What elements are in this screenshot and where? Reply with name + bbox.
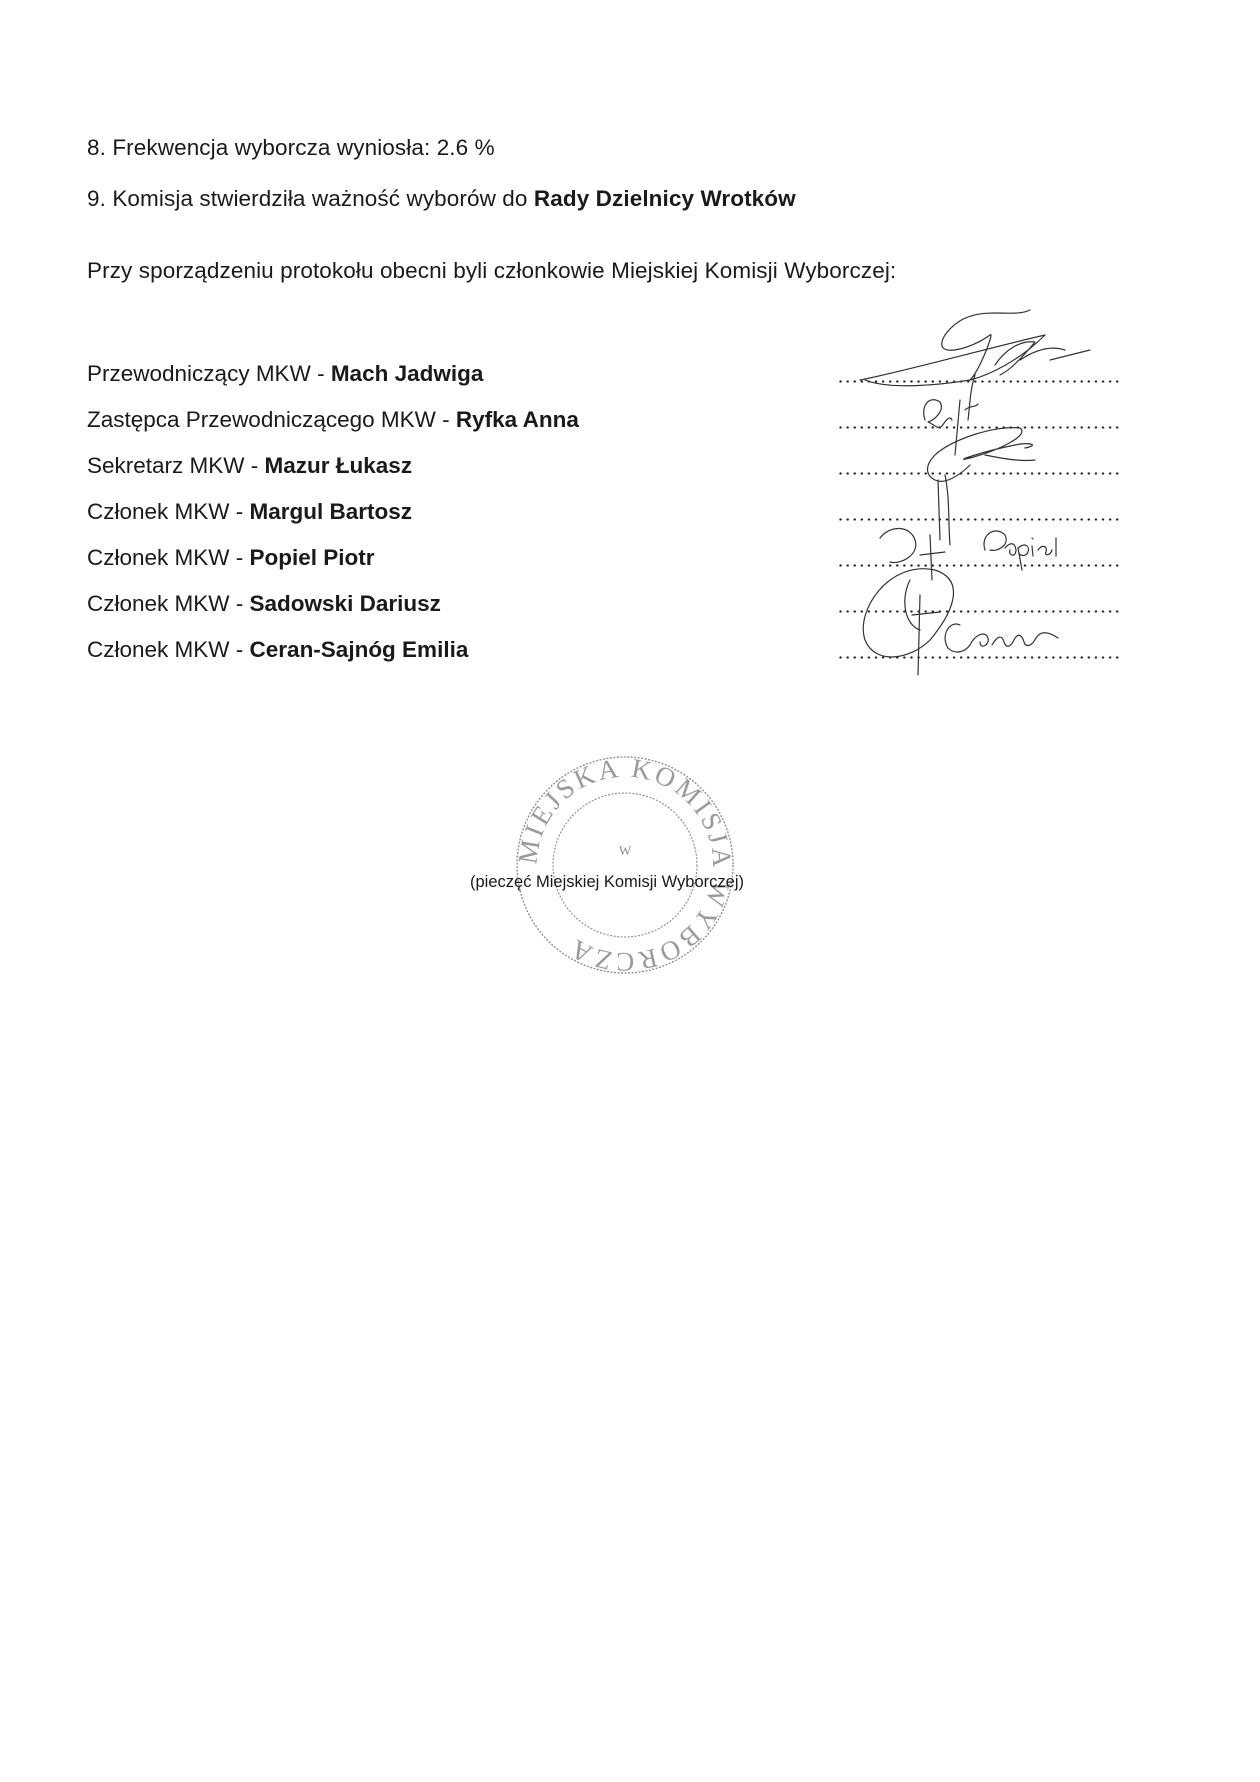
item-number: 8. bbox=[87, 135, 106, 160]
stamp-ring-text: MIEJSKA KOMISJA WYBORCZA bbox=[512, 753, 737, 977]
member-role: Członek MKW bbox=[87, 545, 230, 570]
member-role: Przewodniczący MKW bbox=[87, 361, 311, 386]
member-name: Sadowski Dariusz bbox=[250, 591, 441, 616]
member-separator: - bbox=[230, 637, 250, 662]
signature-dotted-line bbox=[837, 518, 1119, 521]
document-page: 8. Frekwencja wyborcza wyniosła: 2.6 % 9… bbox=[0, 0, 1260, 1782]
member-row: Sekretarz MKW - Mazur Łukasz bbox=[87, 452, 1117, 482]
item-number: 9. bbox=[87, 186, 106, 211]
member-name: Margul Bartosz bbox=[250, 499, 413, 524]
member-separator: - bbox=[436, 407, 456, 432]
member-role: Członek MKW bbox=[87, 591, 230, 616]
member-separator: - bbox=[230, 499, 250, 524]
signature-dotted-line bbox=[837, 564, 1119, 567]
signature-dotted-line bbox=[837, 610, 1119, 613]
stamp-center-text: W bbox=[619, 843, 632, 858]
member-separator: - bbox=[230, 545, 250, 570]
member-row: Członek MKW - Ceran-Sajnóg Emilia bbox=[87, 636, 1117, 666]
svg-text:MIEJSKA KOMISJA WYBORCZA: MIEJSKA KOMISJA WYBORCZA bbox=[512, 753, 737, 977]
member-role: Członek MKW bbox=[87, 637, 230, 662]
member-row: Członek MKW - Margul Bartosz bbox=[87, 498, 1117, 528]
member-role: Członek MKW bbox=[87, 499, 230, 524]
member-role: Sekretarz MKW bbox=[87, 453, 245, 478]
member-separator: - bbox=[245, 453, 265, 478]
member-separator: - bbox=[311, 361, 331, 386]
signature-dotted-line bbox=[837, 426, 1119, 429]
signature-dotted-line bbox=[837, 380, 1119, 383]
stamp-caption: (pieczęć Miejskiej Komisji Wyborczej) bbox=[470, 872, 744, 892]
signature-dotted-line bbox=[837, 472, 1119, 475]
turnout-text: Frekwencja wyborcza wyniosła: 2.6 % bbox=[112, 135, 494, 160]
member-row: Przewodniczący MKW - Mach Jadwiga bbox=[87, 360, 1117, 390]
validity-item: 9. Komisja stwierdziła ważność wyborów d… bbox=[87, 185, 796, 213]
member-name: Ceran-Sajnóg Emilia bbox=[250, 637, 469, 662]
district-council-name: Rady Dzielnicy Wrotków bbox=[534, 186, 796, 211]
signature-dotted-line bbox=[837, 656, 1119, 659]
member-row: Zastępca Przewodniczącego MKW - Ryfka An… bbox=[87, 406, 1117, 436]
turnout-item: 8. Frekwencja wyborcza wyniosła: 2.6 % bbox=[87, 134, 495, 162]
member-row: Członek MKW - Sadowski Dariusz bbox=[87, 590, 1117, 620]
commission-stamp: MIEJSKA KOMISJA WYBORCZA W bbox=[505, 750, 745, 980]
member-role: Zastępca Przewodniczącego MKW bbox=[87, 407, 436, 432]
member-name: Mazur Łukasz bbox=[265, 453, 413, 478]
member-separator: - bbox=[230, 591, 250, 616]
validity-text: Komisja stwierdziła ważność wyborów do bbox=[112, 186, 534, 211]
members-intro: Przy sporządzeniu protokołu obecni byli … bbox=[87, 257, 896, 285]
member-row: Członek MKW - Popiel Piotr bbox=[87, 544, 1117, 574]
member-name: Popiel Piotr bbox=[250, 545, 375, 570]
member-name: Mach Jadwiga bbox=[331, 361, 484, 386]
member-name: Ryfka Anna bbox=[456, 407, 579, 432]
